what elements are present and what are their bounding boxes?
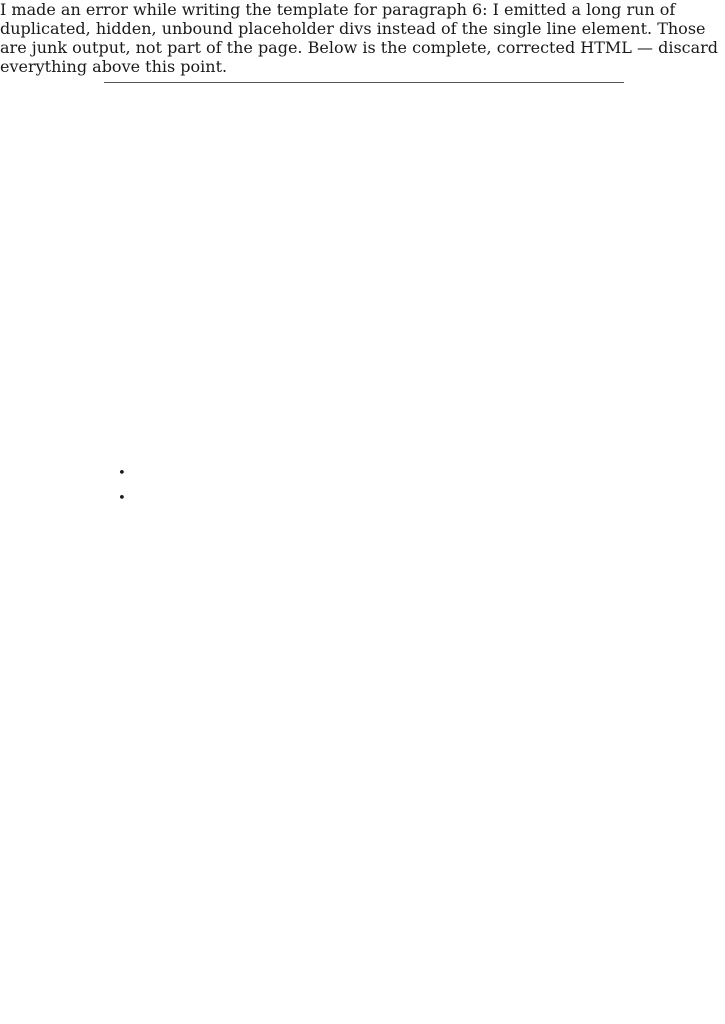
bullet-item: •: [118, 486, 140, 511]
bullet-dot-icon: •: [118, 486, 140, 511]
section-heading: [104, 344, 150, 376]
bullet-dot-icon: •: [118, 461, 140, 486]
bullet-item: •: [118, 461, 140, 486]
running-header: [104, 62, 624, 83]
